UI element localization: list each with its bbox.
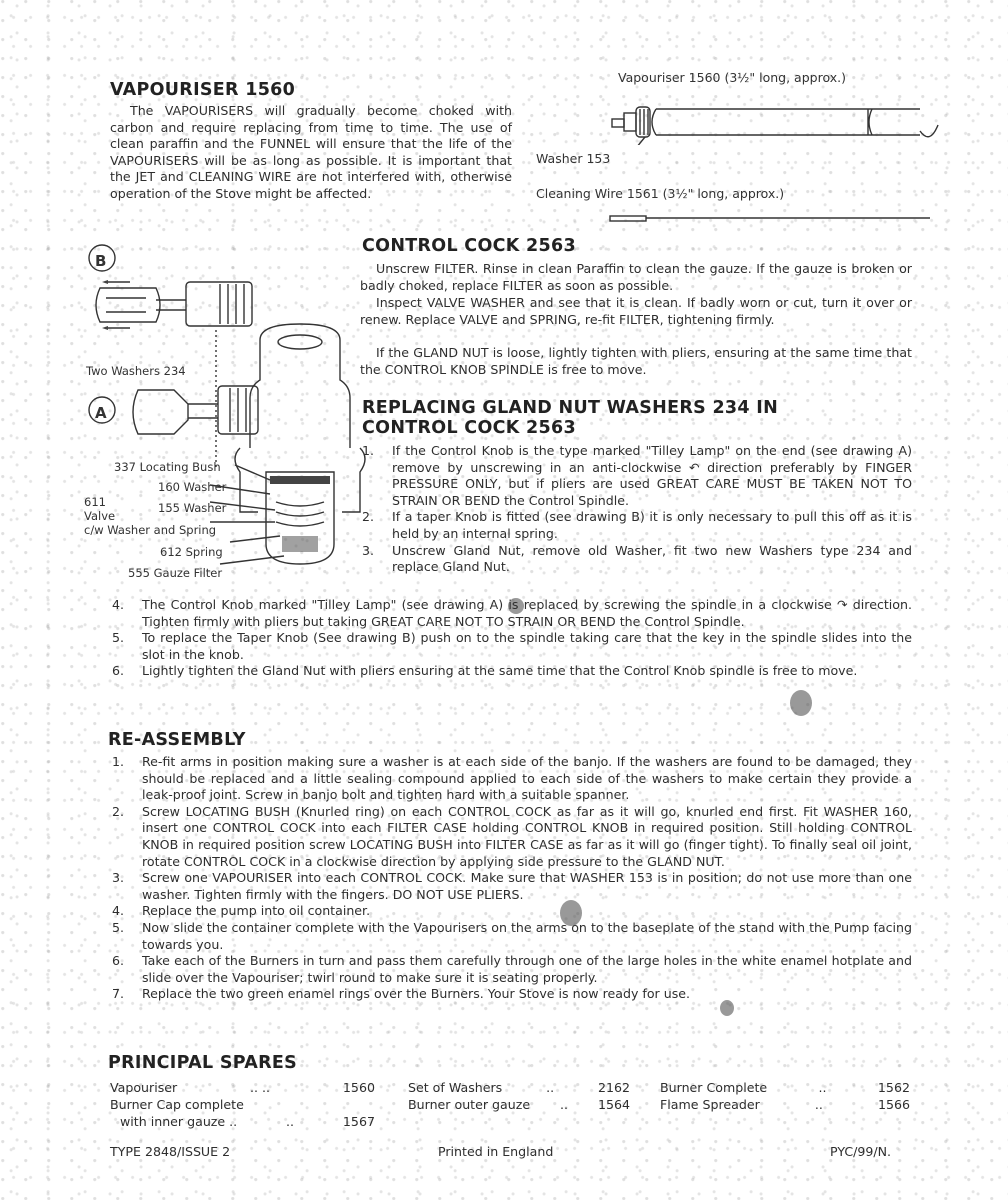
reassembly-heading: RE-ASSEMBLY [108,730,246,750]
control-cock-para-3: If the GLAND NUT is loose, lightly tight… [360,345,912,378]
control-cock-heading: CONTROL COCK 2563 [362,236,576,256]
reassembly-step: 3.Screw one VAPOURISER into each CONTROL… [112,870,912,903]
gland-step: 3.Unscrew Gland Nut, remove old Washer, … [362,543,912,576]
control-cock-para-2: Inspect VALVE WASHER and see that it is … [360,295,912,328]
gauze-filter-label: 555 Gauze Filter [128,566,222,580]
washer-155-label: 155 Washer [158,501,226,515]
vapouriser-heading: VAPOURISER 1560 [110,80,295,100]
control-cock-diagram [70,240,370,590]
spares-heading: PRINCIPAL SPARES [108,1053,297,1073]
cleaning-wire-caption: Cleaning Wire 1561 (3½" long, approx.) [536,186,784,201]
footer-printed-in: Printed in England [438,1144,553,1159]
spare-item: Vapouriser.. ..1560 [110,1080,375,1097]
footer-reference: PYC/99/N. [830,1144,891,1159]
spare-item: Set of Washers..2162 [408,1080,630,1097]
footer-type-issue: TYPE 2848/ISSUE 2 [110,1144,230,1159]
reassembly-step: 5.Now slide the container complete with … [112,920,912,953]
gland-nut-steps-1-3: 1.If the Control Knob is the type marked… [362,443,912,576]
washer-153-label: Washer 153 [536,151,610,166]
washer-160-label: 160 Washer [158,480,226,494]
spares-column-1: Vapouriser.. ..1560 Burner Cap complete … [110,1080,375,1131]
locating-bush-label: 337 Locating Bush [114,460,221,474]
valve-label-2: Valve [84,509,115,523]
valve-label-3: c/w Washer and Spring [84,523,216,537]
spare-item: Flame Spreader..1566 [660,1097,910,1114]
gland-step: 4.The Control Knob marked "Tilley Lamp" … [112,597,912,630]
control-cock-para-1: Unscrew FILTER. Rinse in clean Paraffin … [360,261,912,294]
spare-item: Burner outer gauze..1564 [408,1097,630,1114]
two-washers-label: Two Washers 234 [86,364,186,378]
gland-nut-heading-line2: CONTROL COCK 2563 [362,418,576,438]
spares-column-2: Set of Washers..2162 Burner outer gauze.… [408,1080,630,1114]
reassembly-step: 6.Take each of the Burners in turn and p… [112,953,912,986]
gland-step: 5.To replace the Taper Knob (See drawing… [112,630,912,663]
gland-nut-heading-line1: REPLACING GLAND NUT WASHERS 234 IN [362,398,778,418]
drawing-b-marker: B [95,252,106,270]
cleaning-wire-drawing [600,212,940,226]
spring-label: 612 Spring [160,545,223,559]
reassembly-step: 1.Re-fit arms in position making sure a … [112,754,912,804]
spares-column-3: Burner Complete..1562 Flame Spreader..15… [660,1080,910,1114]
reassembly-step: 2.Screw LOCATING BUSH (Knurled ring) on … [112,804,912,870]
vapouriser-drawing [600,95,940,145]
spare-item: with inner gauze ....1567 [110,1114,375,1131]
vapouriser-caption: Vapouriser 1560 (3½" long, approx.) [618,70,846,85]
gland-step: 1.If the Control Knob is the type marked… [362,443,912,509]
drawing-a-marker: A [95,404,107,422]
reassembly-steps: 1.Re-fit arms in position making sure a … [112,754,912,1003]
ink-blot [790,690,812,716]
gland-nut-steps-4-6: 4.The Control Knob marked "Tilley Lamp" … [112,597,912,680]
reassembly-step: 7.Replace the two green enamel rings ove… [112,986,912,1003]
gland-step: 6.Lightly tighten the Gland Nut with pli… [112,663,912,680]
reassembly-step: 4.Replace the pump into oil container. [112,903,912,920]
spare-item: Burner Complete..1562 [660,1080,910,1097]
gland-step: 2.If a taper Knob is fitted (see drawing… [362,509,912,542]
spare-item: Burner Cap complete [110,1097,375,1114]
vapouriser-body: The VAPOURISERS will gradually become ch… [110,103,512,203]
valve-label-1: 611 [84,495,106,509]
